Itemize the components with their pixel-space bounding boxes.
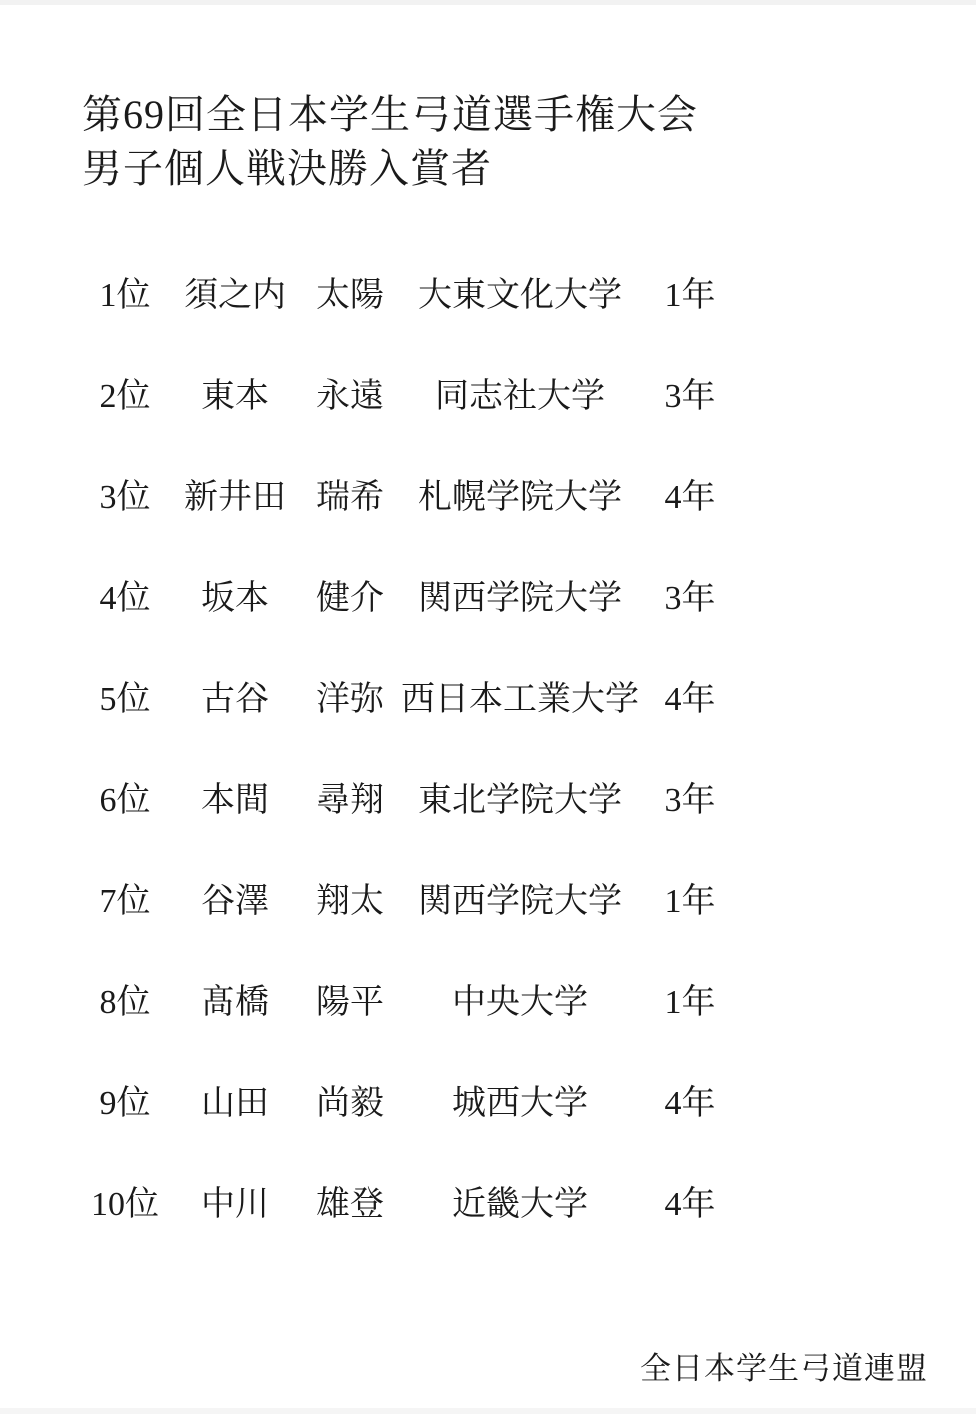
first-name-cell: 健介 — [305, 570, 395, 619]
year-cell: 1年 — [645, 267, 735, 316]
year-cell: 4年 — [645, 1176, 735, 1225]
rank-cell: 1位 — [85, 267, 165, 316]
result-row: 4位 坂本 健介 関西学院大学 3年 — [85, 544, 745, 645]
document-page: 第69回全日本学生弓道選手権大会 男子個人戦決勝入賞者 1位 須之内 太陽 大東… — [0, 0, 976, 1414]
result-row: 9位 山田 尚毅 城西大学 4年 — [85, 1049, 745, 1150]
university-cell: 関西学院大学 — [395, 570, 645, 619]
year-cell: 3年 — [645, 570, 735, 619]
rank-cell: 3位 — [85, 469, 165, 518]
page-title-line1: 第69回全日本学生弓道選手権大会 — [82, 88, 698, 142]
result-row: 6位 本間 尋翔 東北学院大学 3年 — [85, 746, 745, 847]
year-cell: 1年 — [645, 873, 735, 922]
first-name-cell: 瑞希 — [305, 469, 395, 518]
rank-cell: 9位 — [85, 1075, 165, 1124]
rank-cell: 2位 — [85, 368, 165, 417]
last-name-cell: 谷澤 — [165, 873, 305, 922]
rank-cell: 4位 — [85, 570, 165, 619]
first-name-cell: 永遠 — [305, 368, 395, 417]
first-name-cell: 尋翔 — [305, 772, 395, 821]
year-cell: 4年 — [645, 1075, 735, 1124]
top-edge-strip — [0, 0, 976, 5]
university-cell: 近畿大学 — [395, 1176, 645, 1225]
year-cell: 3年 — [645, 368, 735, 417]
first-name-cell: 翔太 — [305, 873, 395, 922]
year-cell: 1年 — [645, 974, 735, 1023]
university-cell: 大東文化大学 — [395, 267, 645, 316]
result-row: 5位 古谷 洋弥 西日本工業大学 4年 — [85, 645, 745, 746]
last-name-cell: 中川 — [165, 1176, 305, 1225]
first-name-cell: 雄登 — [305, 1176, 395, 1225]
rank-cell: 7位 — [85, 873, 165, 922]
university-cell: 城西大学 — [395, 1075, 645, 1124]
university-cell: 札幌学院大学 — [395, 469, 645, 518]
last-name-cell: 須之内 — [165, 267, 305, 316]
university-cell: 同志社大学 — [395, 368, 645, 417]
university-cell: 中央大学 — [395, 974, 645, 1023]
first-name-cell: 陽平 — [305, 974, 395, 1023]
rank-cell: 5位 — [85, 671, 165, 720]
last-name-cell: 古谷 — [165, 671, 305, 720]
rank-cell: 8位 — [85, 974, 165, 1023]
first-name-cell: 太陽 — [305, 267, 395, 316]
footer-org-name: 全日本学生弓道連盟 — [640, 1343, 928, 1388]
year-cell: 4年 — [645, 469, 735, 518]
last-name-cell: 東本 — [165, 368, 305, 417]
rank-cell: 10位 — [85, 1176, 165, 1225]
last-name-cell: 山田 — [165, 1075, 305, 1124]
rank-cell: 6位 — [85, 772, 165, 821]
first-name-cell: 尚毅 — [305, 1075, 395, 1124]
result-row: 1位 須之内 太陽 大東文化大学 1年 — [85, 241, 745, 342]
result-row: 8位 髙橋 陽平 中央大学 1年 — [85, 948, 745, 1049]
result-row: 10位 中川 雄登 近畿大学 4年 — [85, 1150, 745, 1251]
year-cell: 4年 — [645, 671, 735, 720]
year-cell: 3年 — [645, 772, 735, 821]
university-cell: 西日本工業大学 — [395, 671, 645, 720]
university-cell: 東北学院大学 — [395, 772, 645, 821]
page-title-line2: 男子個人戦決勝入賞者 — [82, 142, 698, 196]
result-row: 2位 東本 永遠 同志社大学 3年 — [85, 342, 745, 443]
document-header: 第69回全日本学生弓道選手権大会 男子個人戦決勝入賞者 — [82, 88, 698, 196]
university-cell: 関西学院大学 — [395, 873, 645, 922]
result-row: 7位 谷澤 翔太 関西学院大学 1年 — [85, 847, 745, 948]
results-list: 1位 須之内 太陽 大東文化大学 1年 2位 東本 永遠 同志社大学 3年 3位… — [85, 241, 745, 1251]
first-name-cell: 洋弥 — [305, 671, 395, 720]
bottom-edge-strip — [0, 1408, 976, 1414]
last-name-cell: 本間 — [165, 772, 305, 821]
result-row: 3位 新井田 瑞希 札幌学院大学 4年 — [85, 443, 745, 544]
last-name-cell: 髙橋 — [165, 974, 305, 1023]
last-name-cell: 新井田 — [165, 469, 305, 518]
last-name-cell: 坂本 — [165, 570, 305, 619]
